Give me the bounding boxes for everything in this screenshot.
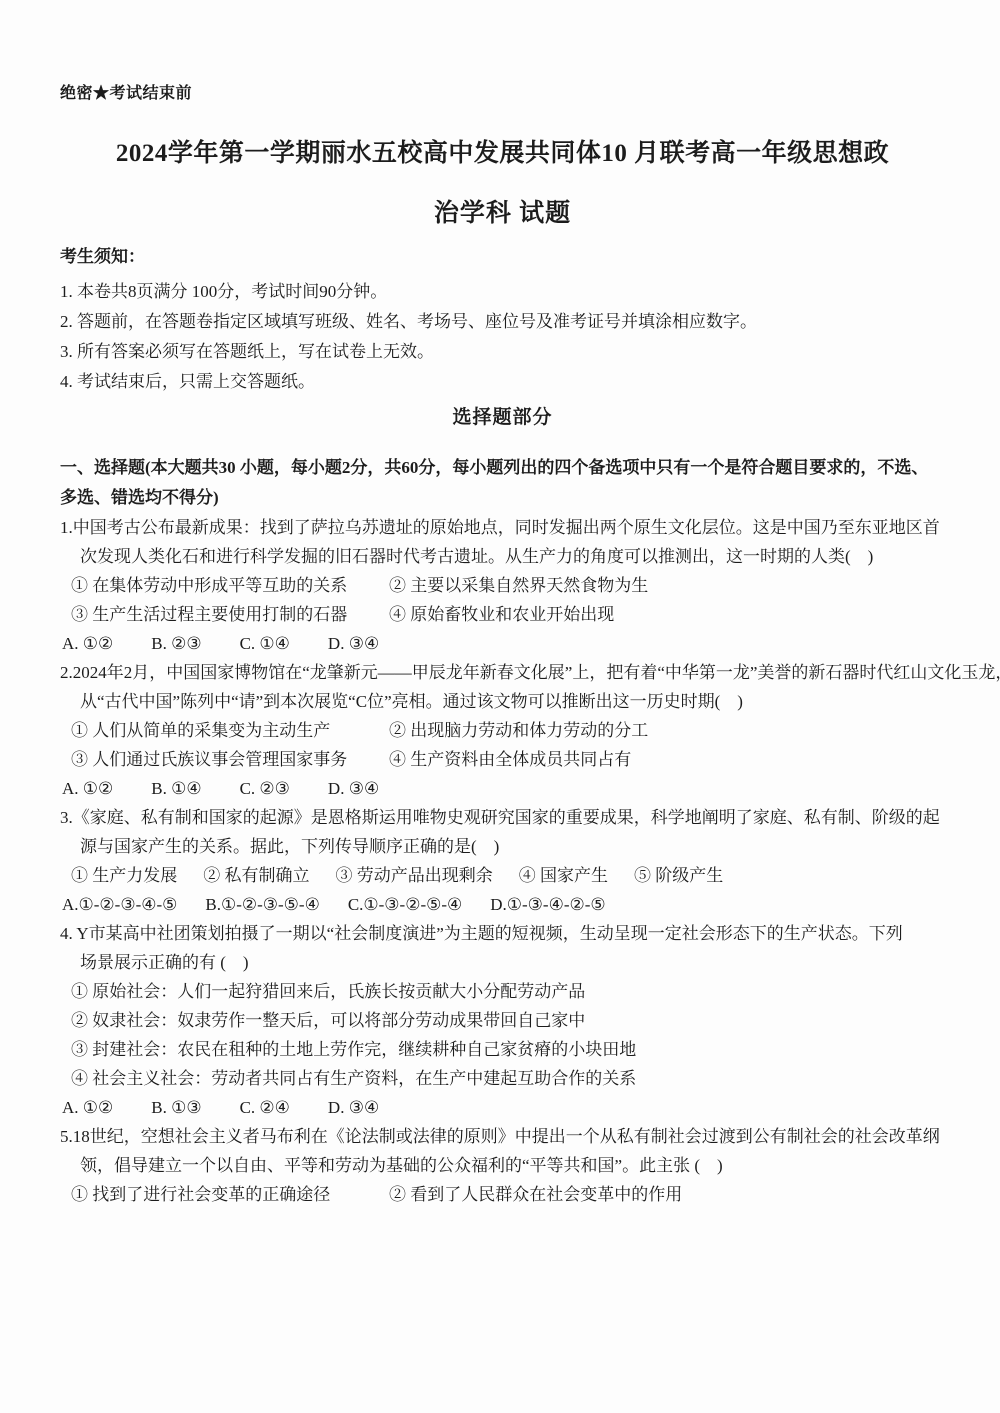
exam-paper-page: 绝密★考试结束前 2024学年第一学期丽水五校高中发展共同体10 月联考高一年级… <box>0 0 1000 1413</box>
exam-title-line-1: 2024学年第一学期丽水五校高中发展共同体10 月联考高一年级思想政 <box>60 139 945 169</box>
question-3-answer-choices: A.①-②-③-④-⑤B.①-②-③-⑤-④C.①-③-②-⑤-④D.①-③-④… <box>60 890 945 919</box>
question-4-choice-a: A. ①② <box>62 1098 113 1117</box>
secrecy-marking: 绝密★考试结束前 <box>60 85 945 103</box>
question-3-choice-a: A.①-②-③-④-⑤ <box>62 895 177 914</box>
notice-heading: 考生须知： <box>60 247 945 267</box>
question-2-stem-line-1: 2.2024年2月，中国国家博物馆在“龙肇新元——甲辰龙年新春文化展”上，把有着… <box>60 658 945 687</box>
question-3-option-row: ① 生产力发展② 私有制确立③ 劳动产品出现剩余④ 国家产生⑤ 阶级产生 <box>60 861 945 890</box>
instructions-line-1: 一、选择题(本大题共30 小题，每小题2分，共60分，每小题列出的四个备选项中只… <box>60 453 945 483</box>
question-1-choice-d: D. ③④ <box>328 634 379 653</box>
question-1-option-row-1: ① 在集体劳动中形成平等互助的关系② 主要以采集自然界天然食物为生 <box>60 571 945 600</box>
question-5-option-1: ① 找到了进行社会变革的正确途径 <box>71 1180 389 1209</box>
question-3-option-2: ② 私有制确立 <box>203 866 309 885</box>
question-1-choice-c: C. ①④ <box>240 634 290 653</box>
question-4-choice-d: D. ③④ <box>328 1098 379 1117</box>
question-3-option-1: ① 生产力发展 <box>71 866 177 885</box>
question-2-option-row-1: ① 人们从简单的采集变为主动生产② 出现脑力劳动和体力劳动的分工 <box>60 716 945 745</box>
question-3-choice-b: B.①-②-③-⑤-④ <box>205 895 319 914</box>
question-5-option-2: ② 看到了人民群众在社会变革中的作用 <box>389 1185 682 1204</box>
question-2-option-row-2: ③ 人们通过氏族议事会管理国家事务④ 生产资料由全体成员共同占有 <box>60 745 945 774</box>
question-1-option-1: ① 在集体劳动中形成平等互助的关系 <box>71 571 389 600</box>
question-5-option-row: ① 找到了进行社会变革的正确途径② 看到了人民群众在社会变革中的作用 <box>60 1180 945 1209</box>
instructions-line-2: 多选、错选均不得分) <box>60 483 945 513</box>
question-4-stem-line-1: 4. Y市某高中社团策划拍摄了一期以“社会制度演进”为主题的短视频，生动呈现一定… <box>60 919 945 948</box>
question-3-option-3: ③ 劳动产品出现剩余 <box>336 866 493 885</box>
question-1-option-3: ③ 生产生活过程主要使用打制的石器 <box>71 600 389 629</box>
question-2-choice-d: D. ③④ <box>328 779 379 798</box>
question-4: 4. Y市某高中社团策划拍摄了一期以“社会制度演进”为主题的短视频，生动呈现一定… <box>60 919 945 1122</box>
notice-item-2: 2. 答题前，在答题卷指定区域填写班级、姓名、考场号、座位号及准考证号并填涂相应… <box>60 307 945 337</box>
exam-title-line-2: 治学科 试题 <box>60 199 945 229</box>
section-title: 选择题部分 <box>60 407 945 429</box>
question-2-option-3: ③ 人们通过氏族议事会管理国家事务 <box>71 745 389 774</box>
question-1-option-row-2: ③ 生产生活过程主要使用打制的石器④ 原始畜牧业和农业开始出现 <box>60 600 945 629</box>
question-3-choice-d: D.①-③-④-②-⑤ <box>490 895 605 914</box>
notice-list: 1. 本卷共8页满分 100分，考试时间90分钟。 2. 答题前，在答题卷指定区… <box>60 277 945 397</box>
question-2-choice-c: C. ②③ <box>240 779 290 798</box>
question-5-stem-line-2: 领，倡导建立一个以自由、平等和劳动为基础的公众福利的“平等共和国”。此主张 ( … <box>60 1151 945 1180</box>
question-2-choice-b: B. ①④ <box>151 779 201 798</box>
question-5: 5.18世纪，空想社会主义者马布利在《论法制或法律的原则》中提出一个从私有制社会… <box>60 1122 945 1209</box>
question-4-answer-choices: A. ①②B. ①③C. ②④D. ③④ <box>60 1093 945 1122</box>
question-4-option-2: ② 奴隶社会：奴隶劳作一整天后，可以将部分劳动成果带回自己家中 <box>60 1006 945 1035</box>
question-1-choice-a: A. ①② <box>62 634 113 653</box>
question-3-stem-line-2: 源与国家产生的关系。据此，下列传导顺序正确的是( ) <box>60 832 945 861</box>
question-4-choice-b: B. ①③ <box>151 1098 201 1117</box>
question-3-choice-c: C.①-③-②-⑤-④ <box>348 895 462 914</box>
question-1-answer-choices: A. ①②B. ②③C. ①④D. ③④ <box>60 629 945 658</box>
question-3-stem-line-1: 3.《家庭、私有制和国家的起源》是恩格斯运用唯物史观研究国家的重要成果，科学地阐… <box>60 803 945 832</box>
notice-item-1: 1. 本卷共8页满分 100分，考试时间90分钟。 <box>60 277 945 307</box>
question-4-option-4: ④ 社会主义社会：劳动者共同占有生产资料，在生产中建起互助合作的关系 <box>60 1064 945 1093</box>
question-1-option-4: ④ 原始畜牧业和农业开始出现 <box>389 605 614 624</box>
question-4-choice-c: C. ②④ <box>240 1098 290 1117</box>
question-3-option-5: ⑤ 阶级产生 <box>634 866 723 885</box>
question-2-option-2: ② 出现脑力劳动和体力劳动的分工 <box>389 721 648 740</box>
question-4-option-1: ① 原始社会：人们一起狩猎回来后，氏族长按贡献大小分配劳动产品 <box>60 977 945 1006</box>
notice-item-4: 4. 考试结束后，只需上交答题纸。 <box>60 367 945 397</box>
notice-item-3: 3. 所有答案必须写在答题纸上，写在试卷上无效。 <box>60 337 945 367</box>
question-4-option-3: ③ 封建社会：农民在租种的土地上劳作完，继续耕种自己家贫瘠的小块田地 <box>60 1035 945 1064</box>
question-2-option-1: ① 人们从简单的采集变为主动生产 <box>71 716 389 745</box>
question-2-option-4: ④ 生产资料由全体成员共同占有 <box>389 750 631 769</box>
question-3-option-4: ④ 国家产生 <box>519 866 608 885</box>
question-1-stem-line-2: 次发现人类化石和进行科学发掘的旧石器时代考古遗址。从生产力的角度可以推测出，这一… <box>60 542 945 571</box>
section-instructions: 一、选择题(本大题共30 小题，每小题2分，共60分，每小题列出的四个备选项中只… <box>60 453 945 513</box>
question-1: 1.中国考古公布最新成果：找到了萨拉乌苏遗址的原始地点，同时发掘出两个原生文化层… <box>60 513 945 658</box>
question-3: 3.《家庭、私有制和国家的起源》是恩格斯运用唯物史观研究国家的重要成果，科学地阐… <box>60 803 945 919</box>
question-5-stem-line-1: 5.18世纪，空想社会主义者马布利在《论法制或法律的原则》中提出一个从私有制社会… <box>60 1122 945 1151</box>
question-2-answer-choices: A. ①②B. ①④C. ②③D. ③④ <box>60 774 945 803</box>
question-2: 2.2024年2月，中国国家博物馆在“龙肇新元——甲辰龙年新春文化展”上，把有着… <box>60 658 945 803</box>
exam-title: 2024学年第一学期丽水五校高中发展共同体10 月联考高一年级思想政 治学科 试… <box>60 139 945 229</box>
question-2-choice-a: A. ①② <box>62 779 113 798</box>
question-2-stem-line-2: 从“古代中国”陈列中“请”到本次展览“C位”亮相。通过该文物可以推断出这一历史时… <box>60 687 945 716</box>
question-4-stem-line-2: 场景展示正确的有 ( ) <box>60 948 945 977</box>
question-1-stem-line-1: 1.中国考古公布最新成果：找到了萨拉乌苏遗址的原始地点，同时发掘出两个原生文化层… <box>60 513 945 542</box>
question-1-option-2: ② 主要以采集自然界天然食物为生 <box>389 576 648 595</box>
question-1-choice-b: B. ②③ <box>151 634 201 653</box>
